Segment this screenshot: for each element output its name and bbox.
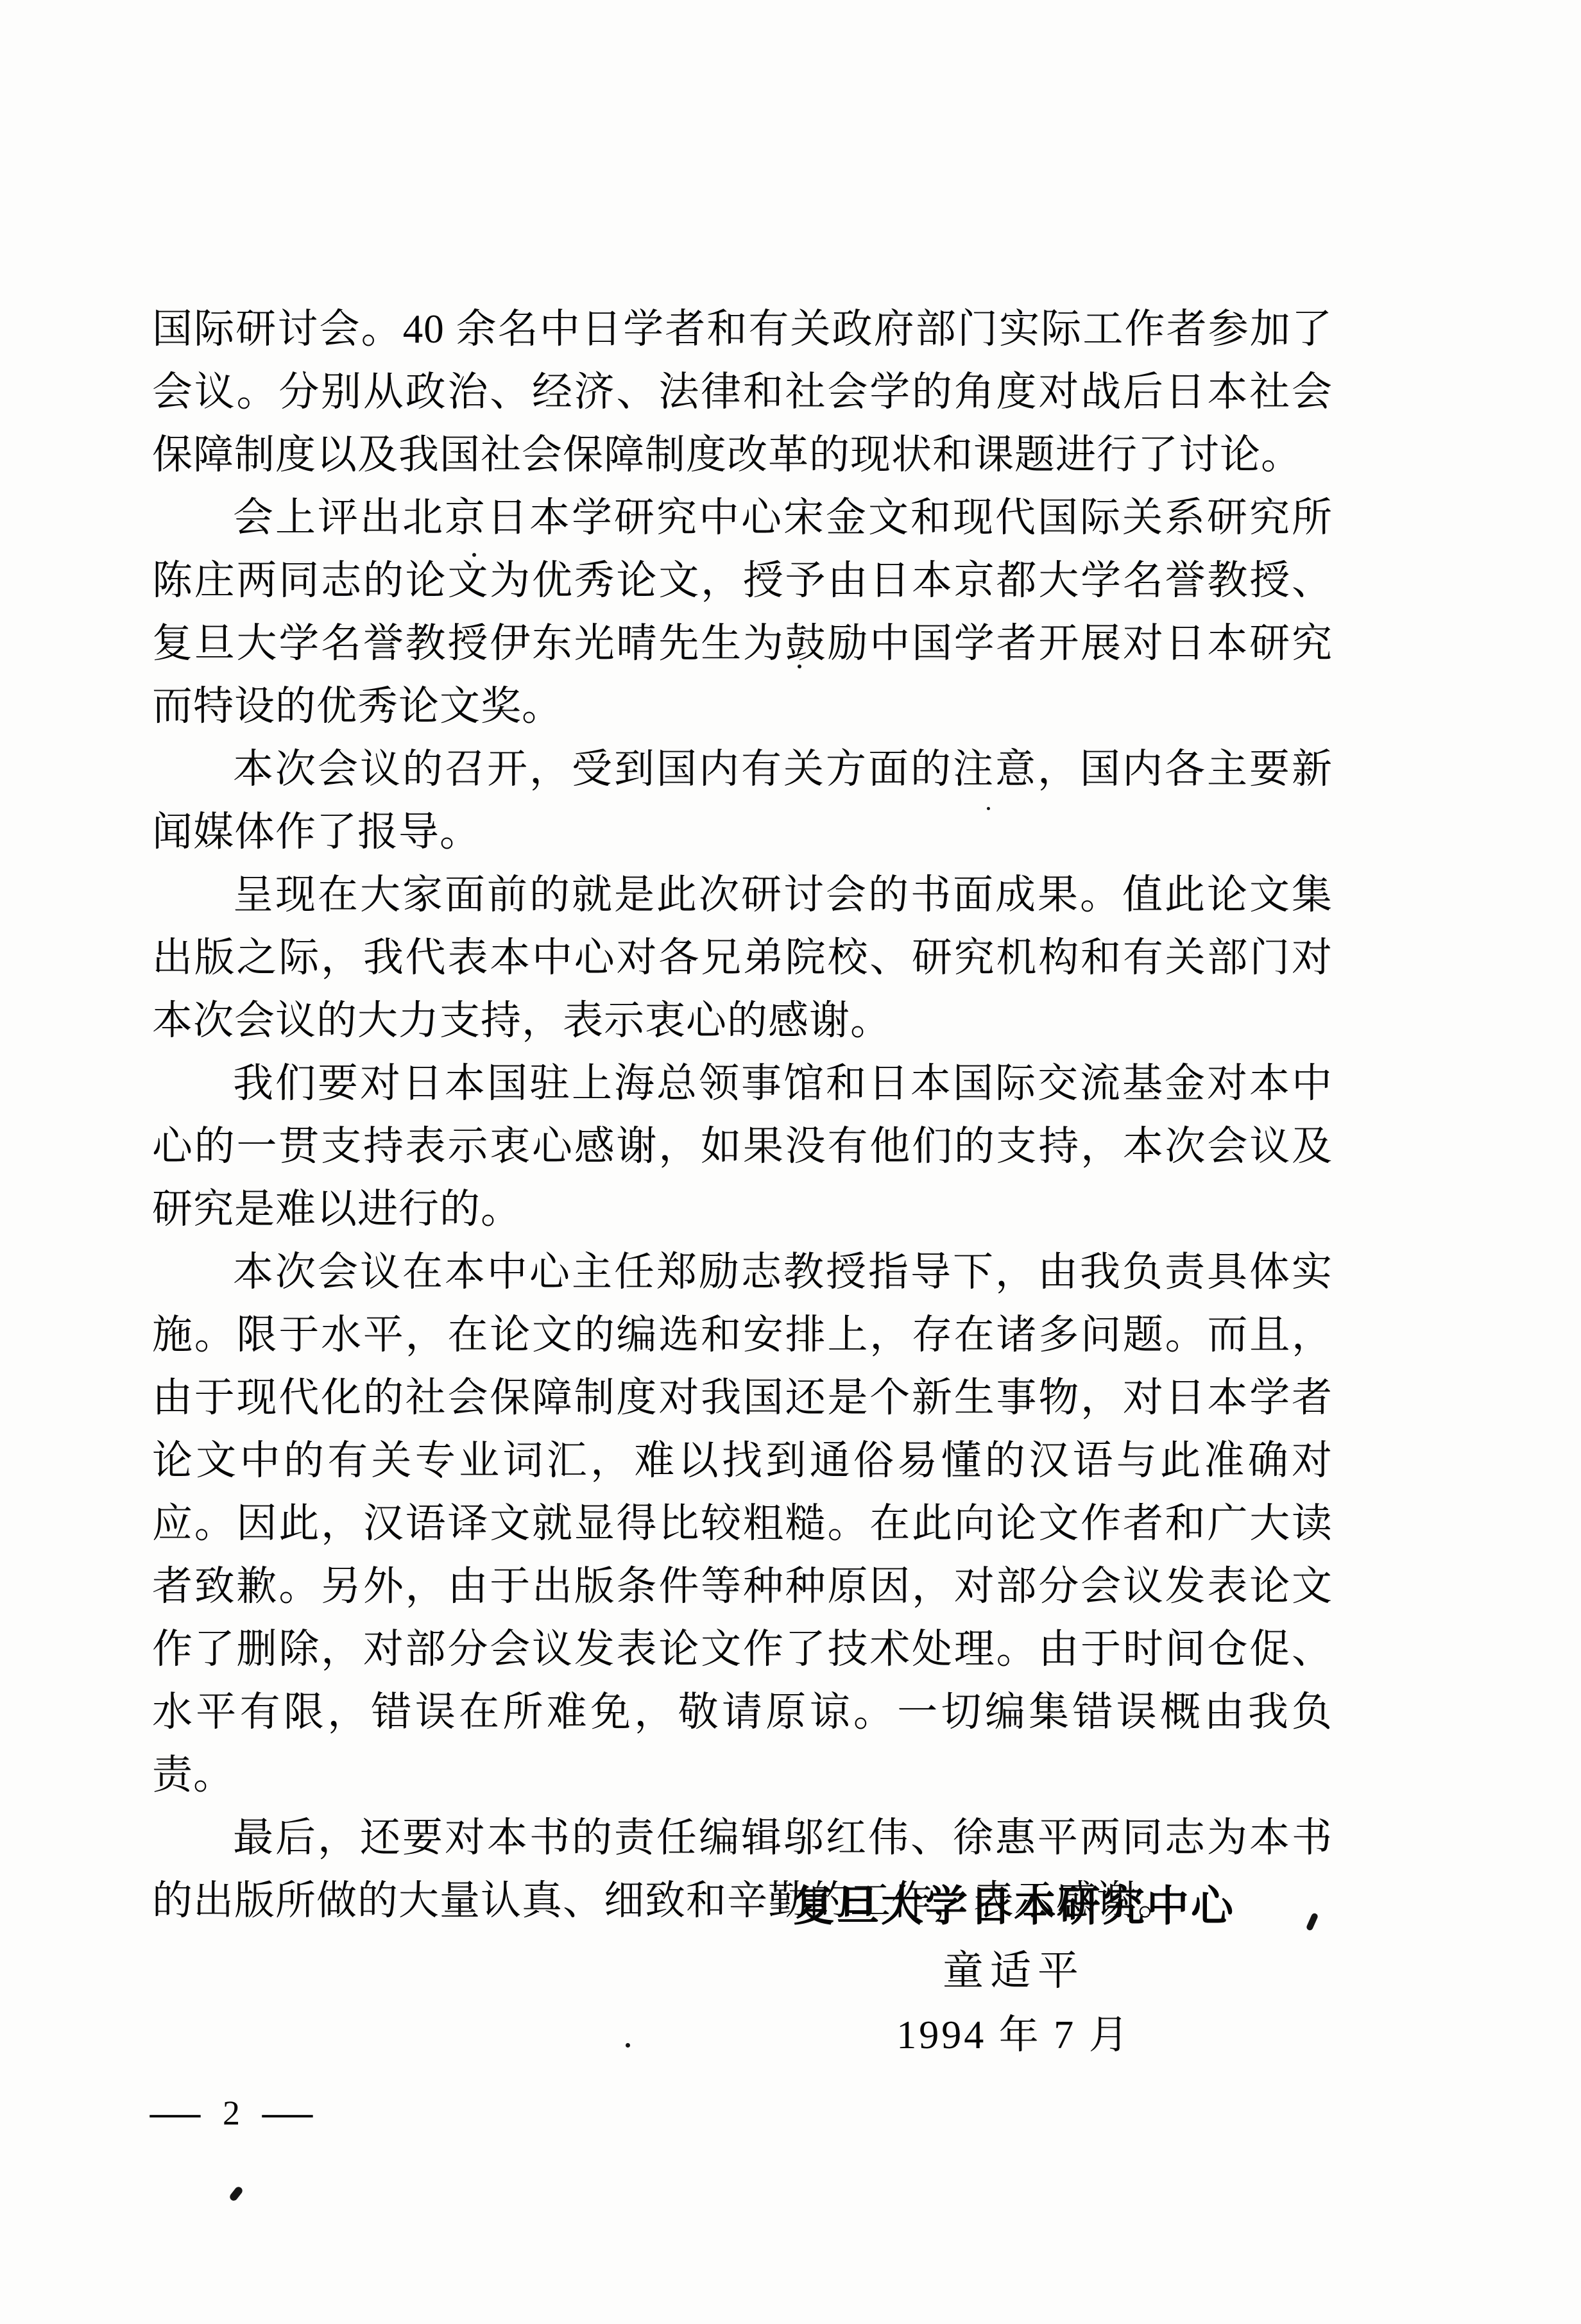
scan-speck bbox=[987, 807, 990, 810]
footer-right-dash: — bbox=[262, 2092, 312, 2133]
footer-left-dash: — bbox=[150, 2092, 200, 2133]
preface-body: 国际研讨会。40 余名中日学者和有关政府部门实际工作者参加了会议。分别从政治、经… bbox=[152, 298, 1333, 1932]
footer-page-number: 2 bbox=[223, 2092, 240, 2133]
signature-name: 童适平 bbox=[642, 1939, 1386, 2003]
scan-speck bbox=[472, 553, 476, 557]
scanned-document-page: 国际研讨会。40 余名中日学者和有关政府部门实际工作者参加了会议。分别从政治、经… bbox=[0, 0, 1581, 2324]
page-number-footer: — 2 — bbox=[157, 2092, 305, 2133]
signature-block: 复旦大学日本研究中心 童适平 1994 年 7 月 bbox=[642, 1875, 1386, 2067]
paragraph-1: 国际研讨会。40 余名中日学者和有关政府部门实际工作者参加了会议。分别从政治、经… bbox=[152, 298, 1333, 486]
paragraph-3: 本次会议的召开，受到国内有关方面的注意，国内各主要新闻媒体作了报导。 bbox=[152, 738, 1333, 863]
paragraph-5: 我们要对日本国驻上海总领事馆和日本国际交流基金对本中心的一贯支持表示衷心感谢，如… bbox=[152, 1052, 1333, 1241]
paragraph-6: 本次会议在本中心主任郑励志教授指导下，由我负责具体实施。限于水平，在论文的编选和… bbox=[152, 1241, 1333, 1806]
paragraph-2: 会上评出北京日本学研究中心宋金文和现代国际关系研究所陈庄两同志的论文为优秀论文，… bbox=[152, 486, 1333, 738]
scan-speck bbox=[626, 2043, 630, 2048]
scan-speck bbox=[798, 665, 801, 668]
scan-speck bbox=[228, 2185, 244, 2202]
paragraph-4: 呈现在大家面前的就是此次研讨会的书面成果。值此论文集出版之际，我代表本中心对各兄… bbox=[152, 863, 1333, 1052]
signature-organization: 复旦大学日本研究中心 bbox=[642, 1875, 1386, 1939]
signature-date: 1994 年 7 月 bbox=[642, 2003, 1386, 2067]
